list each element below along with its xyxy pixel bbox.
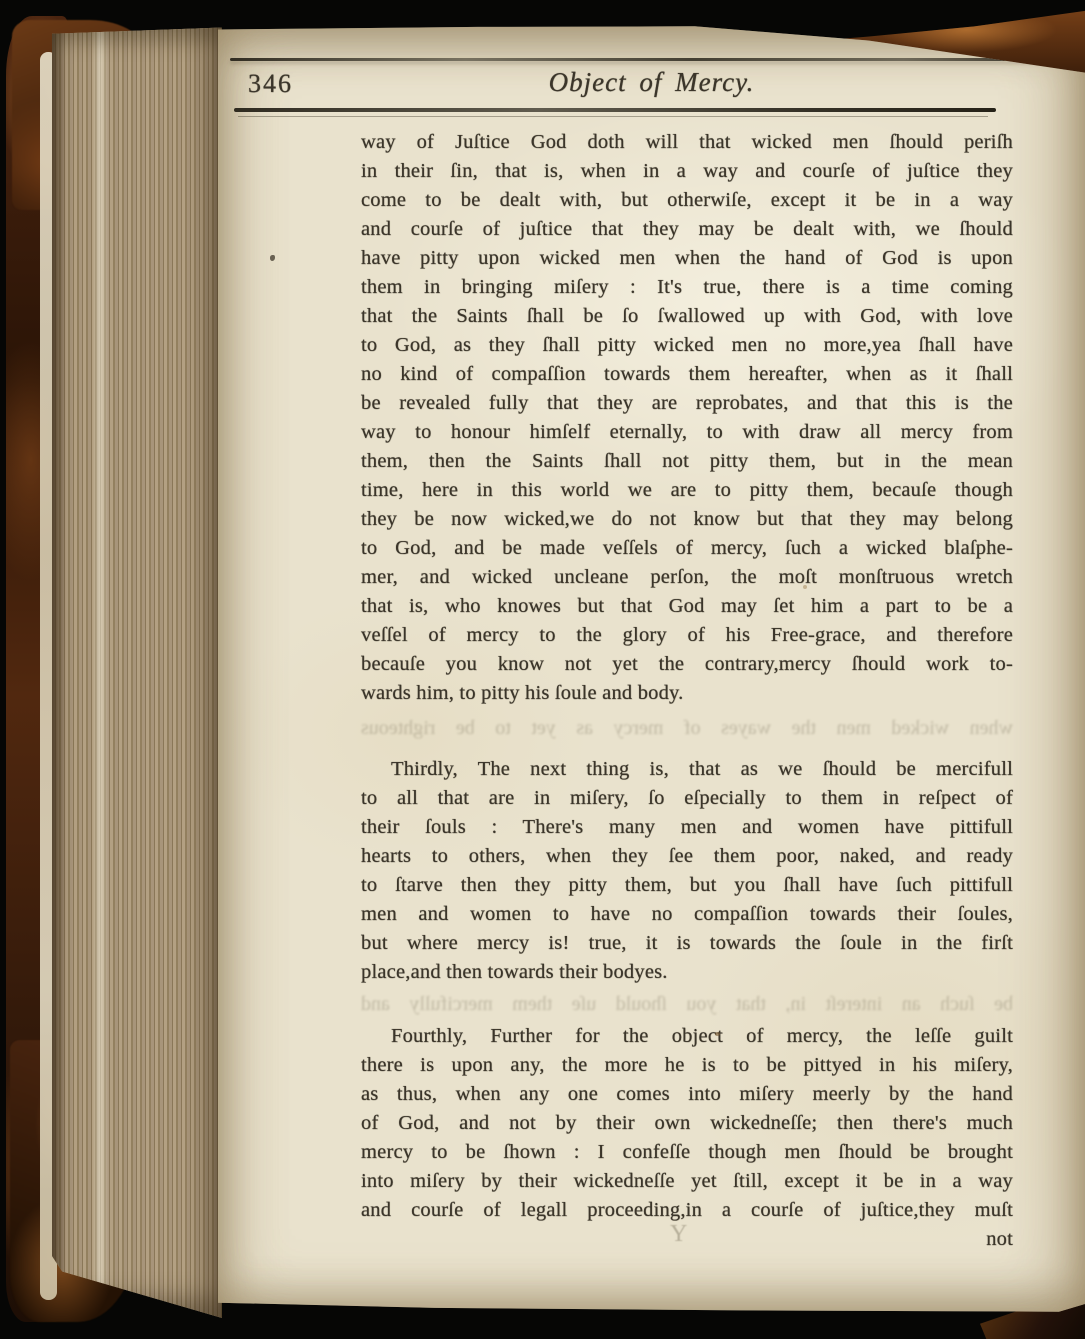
text-line: in their ſin, that is, when in a way and… — [361, 157, 1013, 186]
text-line: time, here in this world we are to pitty… — [361, 476, 1013, 505]
paragraph-gap — [361, 708, 1013, 755]
text-line: them, then the Saints ſhall not pitty th… — [361, 447, 1013, 476]
text-line: to ſtarve then they pitty them, but you … — [361, 871, 1013, 900]
text-line: way of Juſtice God doth will that wicked… — [361, 128, 1013, 157]
text-line: to God, and be made veſſels of mercy, ſu… — [361, 534, 1013, 563]
header-rule-bottom — [234, 108, 996, 112]
text-line: mercy to be ſhown : I confeſſe though me… — [361, 1138, 1013, 1167]
text-line: wards him, to pitty his ſoule and body. — [361, 679, 1013, 708]
running-head: Object of Mercy. — [218, 67, 1085, 98]
ink-speck — [715, 1032, 720, 1036]
text-line: place,and then towards their bodyes. — [361, 958, 1013, 987]
text-line: but where mercy is! true, it is towards … — [361, 929, 1013, 958]
fore-edge-page-block — [52, 26, 222, 1318]
text-line: their ſouls : There's many men and women… — [361, 813, 1013, 842]
text-line: to God, as they ſhall pitty wicked men n… — [361, 331, 1013, 360]
text-line: of God, and not by their own wickedneſſe… — [361, 1109, 1013, 1138]
paragraph: way of Juſtice God doth will that wicked… — [361, 128, 1013, 708]
text-line: them in bringing miſery : It's true, the… — [361, 273, 1013, 302]
paragraph-gap — [361, 987, 1013, 1022]
text-line: into miſery by their wickedneſſe yet ſti… — [361, 1167, 1013, 1196]
text-line: becauſe you know not yet the contrary,me… — [361, 650, 1013, 679]
text-line: be revealed fully that they are reprobat… — [361, 389, 1013, 418]
text-line: to all that are in miſery, ſo eſpecially… — [361, 784, 1013, 813]
book-page: 346 Object of Mercy. when wicked men the… — [218, 25, 1085, 1313]
body-text: way of Juſtice God doth will that wicked… — [361, 128, 1013, 1254]
book-scan: 346 Object of Mercy. when wicked men the… — [0, 0, 1085, 1339]
header-rule-top — [230, 58, 1072, 61]
text-line: veſſel of mercy to the glory of his Free… — [361, 621, 1013, 650]
text-line: men and women to have no compaſſion towa… — [361, 900, 1013, 929]
text-line: come to be dealt with, but otherwiſe, ex… — [361, 186, 1013, 215]
text-line: have pitty upon wicked men when the hand… — [361, 244, 1013, 273]
text-line: and courſe of juſtice that they may be d… — [361, 215, 1013, 244]
text-line: Thirdly, The next thing is, that as we ſ… — [361, 755, 1013, 784]
ink-speck — [803, 585, 807, 589]
header-rule-echo — [238, 116, 988, 117]
text-line: they be now wicked,we do not know but th… — [361, 505, 1013, 534]
text-line: that the Saints ſhall be ſo ſwallowed up… — [361, 302, 1013, 331]
text-line: hearts to others, when they ſee them poo… — [361, 842, 1013, 871]
text-line: Fourthly, Further for the object of merc… — [361, 1022, 1013, 1051]
text-line: way to honour himſelf eternally, to with… — [361, 418, 1013, 447]
text-line: mer, and wicked uncleane perſon, the moſ… — [361, 563, 1013, 592]
text-line: as thus, when any one comes into miſery … — [361, 1080, 1013, 1109]
text-line: that is, who knowes but that God may ſet… — [361, 592, 1013, 621]
signature-mark-ghost: Y — [670, 1221, 715, 1248]
text-line: there is upon any, the more he is to be … — [361, 1051, 1013, 1080]
paragraph: Thirdly, The next thing is, that as we ſ… — [361, 755, 1013, 987]
paragraph: Fourthly, Further for the object of merc… — [361, 1022, 1013, 1225]
text-line: no kind of compaſſion towards them herea… — [361, 360, 1013, 389]
ink-speck — [270, 255, 275, 261]
